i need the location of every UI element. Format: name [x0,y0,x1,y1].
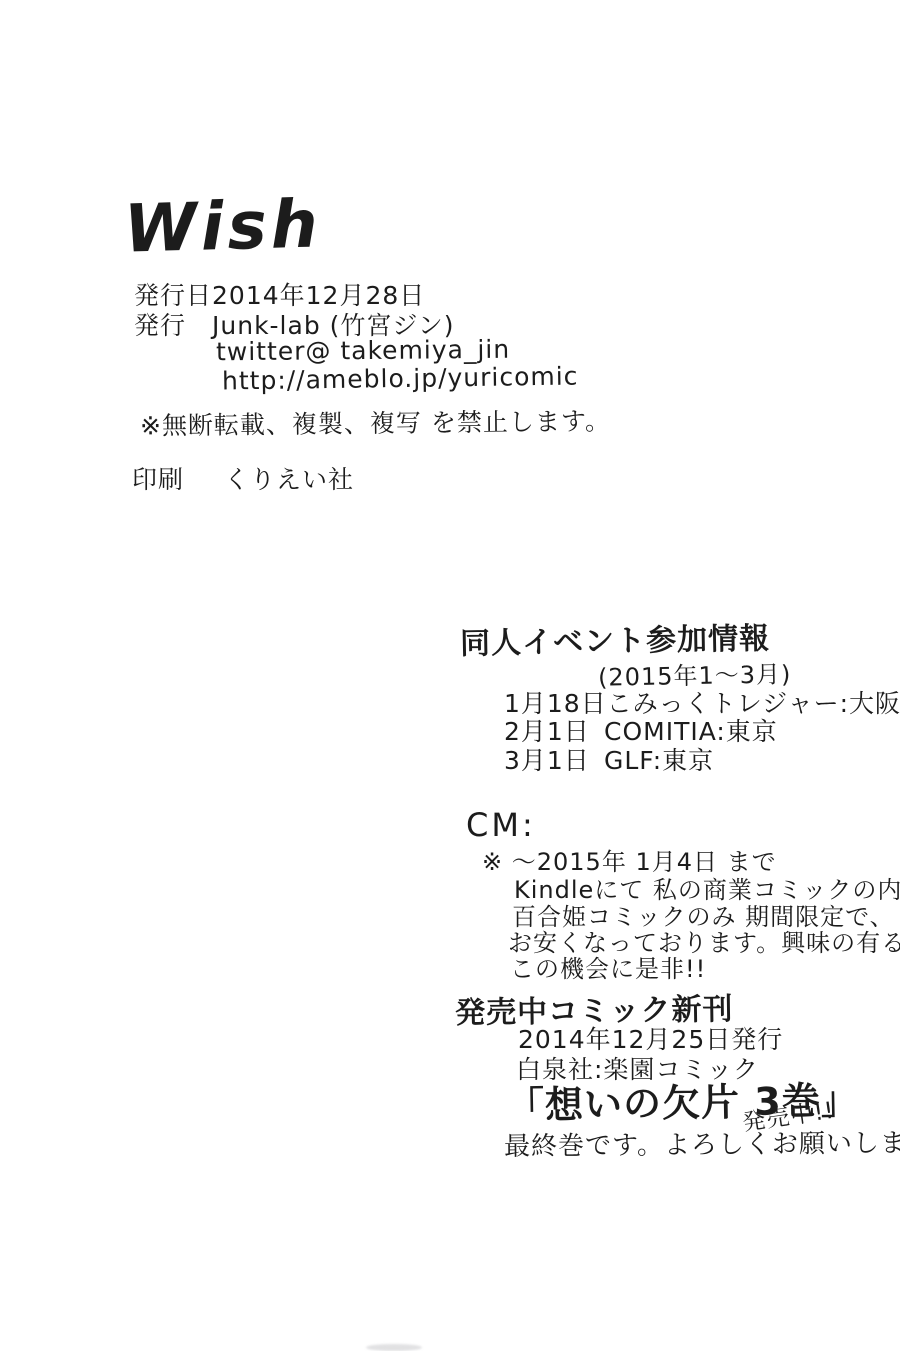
event-row: 3月1日GLF:東京 [504,741,714,777]
publisher-label: 発行 [134,306,212,342]
page-title: Wish [123,185,323,267]
cm-heading: CM: [466,806,536,844]
cm-line: この機会に是非!! [510,949,706,984]
copyright-notice: ※無断転載、複製、複写 を禁止します。 [140,402,611,443]
printer-row: 印刷くりえい社 [132,460,354,496]
scan-smudge [366,1344,422,1351]
scanned-colophon-page: Wish 発行日2014年12月28日 発行Junk-lab (竹宮ジン) tw… [0,0,900,1351]
twitter-handle: twitter@ takemiya_jin [216,335,510,367]
event-name: GLF:東京 [604,746,714,775]
printer-name: くりえい社 [224,465,354,494]
printer-label: 印刷 [132,460,224,496]
event-date: 3月1日 [504,741,604,777]
blog-url: http://ameblo.jp/yuricomic [222,362,579,396]
final-volume-note: 最終巻です。よろしくお願いします!! [504,1122,900,1163]
